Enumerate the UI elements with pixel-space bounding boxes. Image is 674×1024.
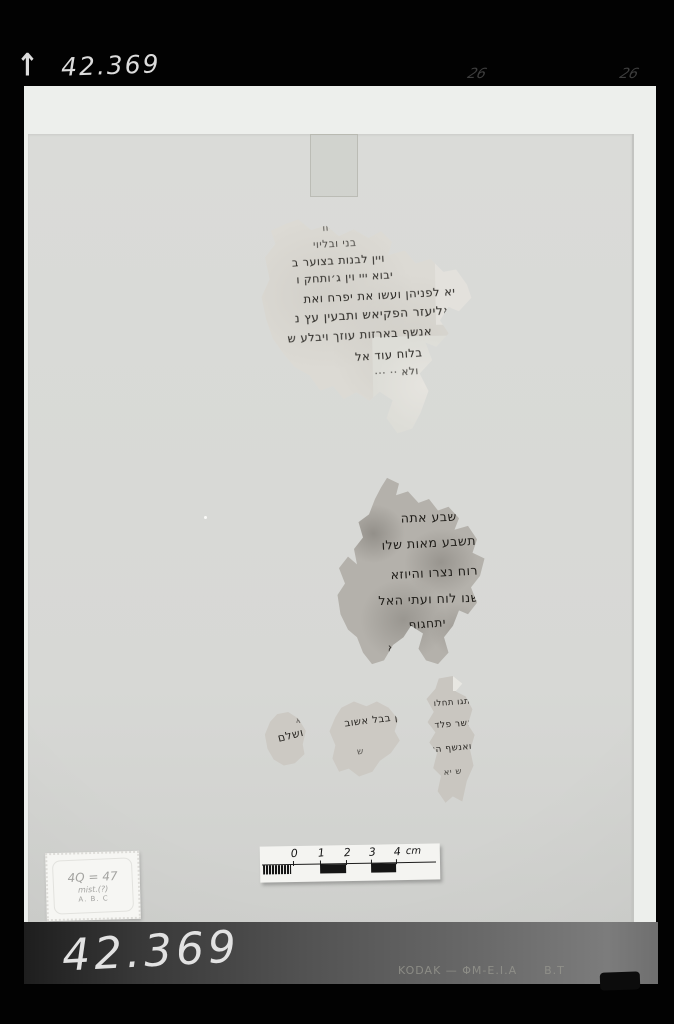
sticker-line-1: 4Q = 47 <box>67 868 118 884</box>
scale-tick-label: 4 <box>393 845 401 859</box>
script-line: ויין לבנות בצוער ב <box>273 252 386 271</box>
photographic-plate: ↑ 42.369 26 26 בתיך יביוו בני ובליוי ויי… <box>0 0 674 1024</box>
film-edge-blob <box>600 971 641 990</box>
sticker-line-3: A. B. C <box>78 894 109 903</box>
catalog-sticker: 4Q = 47 mist.(?) A. B. C <box>45 851 141 921</box>
scale-unit-label: cm <box>406 846 421 857</box>
script-line: רוח נצרו והיוזא <box>346 563 479 585</box>
scale-block <box>371 863 396 872</box>
scale-tick <box>293 861 294 866</box>
script-line: יבוא ייי וין ג׳ותחק ו <box>269 268 394 287</box>
up-arrow-icon: ↑ <box>16 48 39 84</box>
script-line: בני ובליוי <box>280 237 357 253</box>
script-line: ן בבל אשוב <box>332 712 399 731</box>
scale-tick-label: 1 <box>317 846 325 860</box>
scale-tick <box>396 859 397 864</box>
plate-number-bottom: 42.369 <box>61 921 241 981</box>
scale-tick-label: 3 <box>368 845 376 859</box>
scale-block-hatched <box>263 865 291 874</box>
script-line: שנו לוח ועתי האל <box>342 590 480 610</box>
top-annotation: ↑ 42.369 <box>16 50 160 81</box>
cm-scale-bar: 0 1 2 3 4 cm <box>260 843 441 882</box>
scale-tick-label: 0 <box>290 847 298 861</box>
scratch-marks: 26 26 <box>465 66 640 82</box>
tape-mark <box>310 134 358 197</box>
script-line: תשבע מאות שלו <box>354 533 477 554</box>
sticker-line-2: mist.(?) <box>78 884 109 894</box>
scratch-mark: 26 <box>465 66 488 82</box>
scale-tick-label: 2 <box>343 846 351 860</box>
script-line: ושלם <box>267 726 305 747</box>
script-line: ש <box>340 747 365 759</box>
bottom-strip: 42.369 KODAK — ΦM-E.I.A B.T <box>24 922 658 984</box>
scale-tick <box>346 860 347 865</box>
scratch-mark: 26 <box>618 66 641 82</box>
sticker-inner-card: 4Q = 47 mist.(?) A. B. C <box>52 857 134 914</box>
film-edge-text: KODAK — ΦM-E.I.A B.T <box>398 964 565 976</box>
scale-block <box>320 864 346 873</box>
dust-speck <box>204 516 207 519</box>
plate-number-top: 42.369 <box>60 49 160 81</box>
